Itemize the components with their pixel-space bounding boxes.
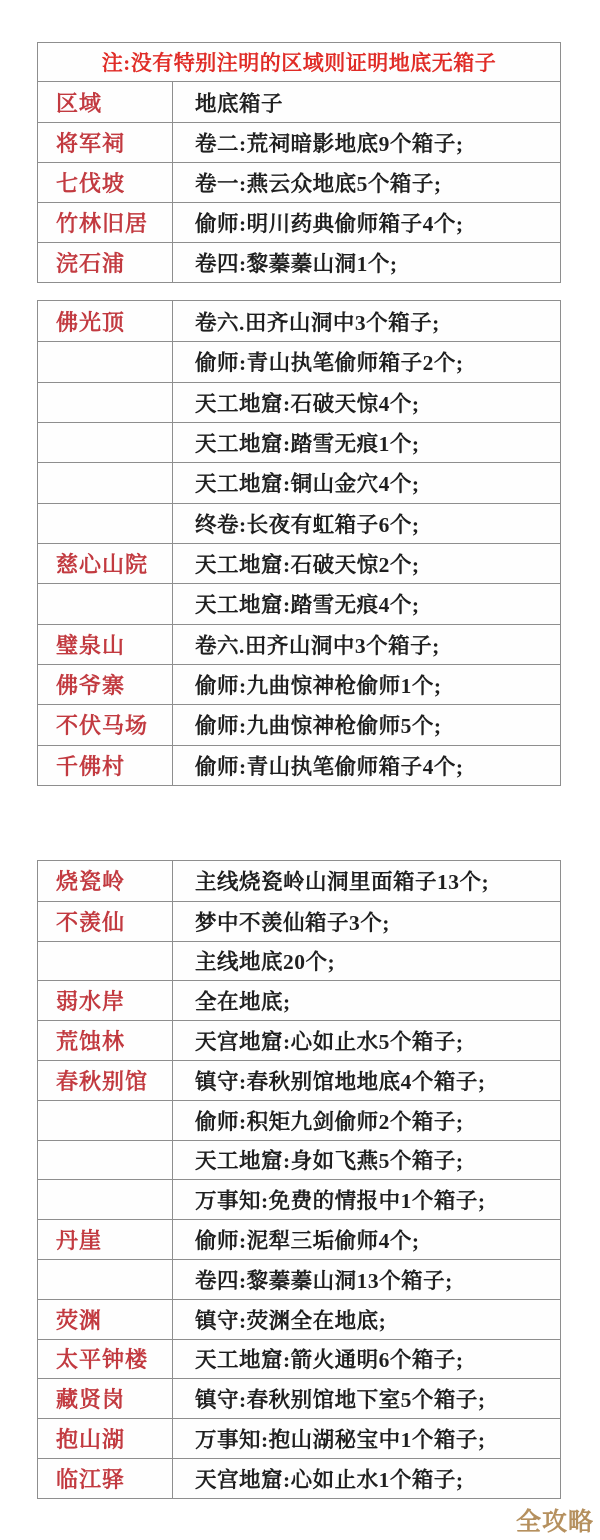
region-cell xyxy=(38,584,173,623)
detail-cell: 天工地窟:石破天惊4个; xyxy=(173,383,560,422)
underground-chest-table-1: 注:没有特别注明的区域则证明地底无箱子 区域地底箱子将军祠卷二:荒祠暗影地底9个… xyxy=(37,42,561,283)
table-row: 藏贤岗镇守:春秋别馆地下室5个箱子; xyxy=(38,1378,560,1418)
table-row: 佛爷寨偷师:九曲惊神枪偷师1个; xyxy=(38,664,560,704)
region-cell: 将军祠 xyxy=(38,123,173,162)
detail-cell: 天宫地窟:心如止水5个箱子; xyxy=(173,1021,560,1060)
detail-cell: 天工地窟:身如飞燕5个箱子; xyxy=(173,1141,560,1180)
detail-cell: 卷四:黎蓁蓁山洞1个; xyxy=(173,243,560,282)
detail-cell: 天工地窟:踏雪无痕1个; xyxy=(173,423,560,462)
region-cell: 璧泉山 xyxy=(38,625,173,664)
region-cell xyxy=(38,1141,173,1180)
detail-cell: 天宫地窟:心如止水1个箱子; xyxy=(173,1459,560,1498)
region-cell: 烧瓷岭 xyxy=(38,861,173,901)
underground-chest-table-3: 烧瓷岭主线烧瓷岭山洞里面箱子13个;不羡仙梦中不羡仙箱子3个;主线地底20个;弱… xyxy=(37,860,561,1499)
table-row: 太平钟楼天工地窟:箭火通明6个箱子; xyxy=(38,1339,560,1379)
region-cell: 竹林旧居 xyxy=(38,203,173,242)
table-row: 万事知:免费的情报中1个箱子; xyxy=(38,1179,560,1219)
detail-cell: 终卷:长夜有虹箱子6个; xyxy=(173,504,560,543)
detail-cell: 万事知:抱山湖秘宝中1个箱子; xyxy=(173,1419,560,1458)
table-row: 春秋别馆镇守:春秋别馆地地底4个箱子; xyxy=(38,1060,560,1100)
region-cell xyxy=(38,342,173,381)
table-row: 天工地窟:铜山金穴4个; xyxy=(38,462,560,502)
table-row: 千佛村偷师:青山执笔偷师箱子4个; xyxy=(38,745,560,785)
detail-cell: 天工地窟:踏雪无痕4个; xyxy=(173,584,560,623)
table-row: 佛光顶卷六.田齐山洞中3个箱子; xyxy=(38,301,560,341)
detail-cell: 主线地底20个; xyxy=(173,942,560,981)
detail-cell: 主线烧瓷岭山洞里面箱子13个; xyxy=(173,861,560,901)
region-cell: 不伏马场 xyxy=(38,705,173,744)
table-row: 偷师:积矩九剑偷师2个箱子; xyxy=(38,1100,560,1140)
table-row: 天工地窟:石破天惊4个; xyxy=(38,382,560,422)
detail-cell: 万事知:免费的情报中1个箱子; xyxy=(173,1180,560,1219)
table-row: 天工地窟:踏雪无痕1个; xyxy=(38,422,560,462)
region-cell: 藏贤岗 xyxy=(38,1379,173,1418)
table-note: 注:没有特别注明的区域则证明地底无箱子 xyxy=(38,43,560,82)
table-row: 抱山湖万事知:抱山湖秘宝中1个箱子; xyxy=(38,1418,560,1458)
detail-cell: 偷师:青山执笔偷师箱子4个; xyxy=(173,746,560,785)
detail-cell: 卷一:燕云众地底5个箱子; xyxy=(173,163,560,202)
region-cell xyxy=(38,383,173,422)
table-row: 荒蚀林天宫地窟:心如止水5个箱子; xyxy=(38,1020,560,1060)
region-cell: 抱山湖 xyxy=(38,1419,173,1458)
detail-cell: 卷六.田齐山洞中3个箱子; xyxy=(173,625,560,664)
detail-cell: 全在地底; xyxy=(173,981,560,1020)
region-cell: 不羡仙 xyxy=(38,902,173,941)
detail-cell: 镇守:春秋别馆地地底4个箱子; xyxy=(173,1061,560,1100)
guide-page: { "colors": { "note_red": "#e02b26", "re… xyxy=(0,0,600,1540)
region-cell: 佛光顶 xyxy=(38,301,173,341)
table-row: 偷师:青山执笔偷师箱子2个; xyxy=(38,341,560,381)
region-cell xyxy=(38,1180,173,1219)
region-cell xyxy=(38,504,173,543)
region-cell xyxy=(38,1101,173,1140)
detail-cell: 偷师:九曲惊神枪偷师5个; xyxy=(173,705,560,744)
detail-cell: 镇守:春秋别馆地下室5个箱子; xyxy=(173,1379,560,1418)
table-row: 区域地底箱子 xyxy=(38,82,560,122)
table-row: 不羡仙梦中不羡仙箱子3个; xyxy=(38,901,560,941)
detail-cell: 偷师:九曲惊神枪偷师1个; xyxy=(173,665,560,704)
region-cell: 春秋别馆 xyxy=(38,1061,173,1100)
detail-cell: 偷师:明川药典偷师箱子4个; xyxy=(173,203,560,242)
table-row: 主线地底20个; xyxy=(38,941,560,981)
underground-chest-table-2: 佛光顶卷六.田齐山洞中3个箱子;偷师:青山执笔偷师箱子2个;天工地窟:石破天惊4… xyxy=(37,300,561,786)
region-cell: 荒蚀林 xyxy=(38,1021,173,1060)
region-cell xyxy=(38,463,173,502)
table-row: 天工地窟:踏雪无痕4个; xyxy=(38,583,560,623)
detail-cell: 偷师:积矩九剑偷师2个箱子; xyxy=(173,1101,560,1140)
table-row: 烧瓷岭主线烧瓷岭山洞里面箱子13个; xyxy=(38,861,560,901)
site-watermark: 全攻略 xyxy=(516,1502,594,1538)
region-cell: 浣石浦 xyxy=(38,243,173,282)
detail-cell: 偷师:青山执笔偷师箱子2个; xyxy=(173,342,560,381)
table-row: 璧泉山卷六.田齐山洞中3个箱子; xyxy=(38,624,560,664)
table-row: 荧渊镇守:荧渊全在地底; xyxy=(38,1299,560,1339)
detail-cell: 卷六.田齐山洞中3个箱子; xyxy=(173,301,560,341)
detail-cell: 卷四:黎蓁蓁山洞13个箱子; xyxy=(173,1260,560,1299)
region-cell xyxy=(38,423,173,462)
detail-cell: 天工地窟:铜山金穴4个; xyxy=(173,463,560,502)
table-row: 丹崖偷师:泥犁三垢偷师4个; xyxy=(38,1219,560,1259)
region-cell: 荧渊 xyxy=(38,1300,173,1339)
region-cell: 七伐坡 xyxy=(38,163,173,202)
table-row: 卷四:黎蓁蓁山洞13个箱子; xyxy=(38,1259,560,1299)
detail-cell: 镇守:荧渊全在地底; xyxy=(173,1300,560,1339)
table-row: 将军祠卷二:荒祠暗影地底9个箱子; xyxy=(38,122,560,162)
region-cell: 慈心山院 xyxy=(38,544,173,583)
detail-cell: 偷师:泥犁三垢偷师4个; xyxy=(173,1220,560,1259)
table-row: 终卷:长夜有虹箱子6个; xyxy=(38,503,560,543)
region-cell: 太平钟楼 xyxy=(38,1340,173,1379)
region-cell: 临江驿 xyxy=(38,1459,173,1498)
region-cell: 弱水岸 xyxy=(38,981,173,1020)
region-cell: 千佛村 xyxy=(38,746,173,785)
table-row: 竹林旧居偷师:明川药典偷师箱子4个; xyxy=(38,202,560,242)
region-cell: 区域 xyxy=(38,82,173,122)
region-cell: 丹崖 xyxy=(38,1220,173,1259)
table-row: 弱水岸全在地底; xyxy=(38,980,560,1020)
table-row: 浣石浦卷四:黎蓁蓁山洞1个; xyxy=(38,242,560,282)
table-row: 天工地窟:身如飞燕5个箱子; xyxy=(38,1140,560,1180)
detail-cell: 天工地窟:石破天惊2个; xyxy=(173,544,560,583)
detail-cell: 梦中不羡仙箱子3个; xyxy=(173,902,560,941)
detail-cell: 地底箱子 xyxy=(173,82,560,122)
region-cell xyxy=(38,1260,173,1299)
table-row: 慈心山院天工地窟:石破天惊2个; xyxy=(38,543,560,583)
table-row: 临江驿天宫地窟:心如止水1个箱子; xyxy=(38,1458,560,1498)
table-row: 七伐坡卷一:燕云众地底5个箱子; xyxy=(38,162,560,202)
region-cell: 佛爷寨 xyxy=(38,665,173,704)
detail-cell: 卷二:荒祠暗影地底9个箱子; xyxy=(173,123,560,162)
region-cell xyxy=(38,942,173,981)
table-row: 不伏马场偷师:九曲惊神枪偷师5个; xyxy=(38,704,560,744)
detail-cell: 天工地窟:箭火通明6个箱子; xyxy=(173,1340,560,1379)
